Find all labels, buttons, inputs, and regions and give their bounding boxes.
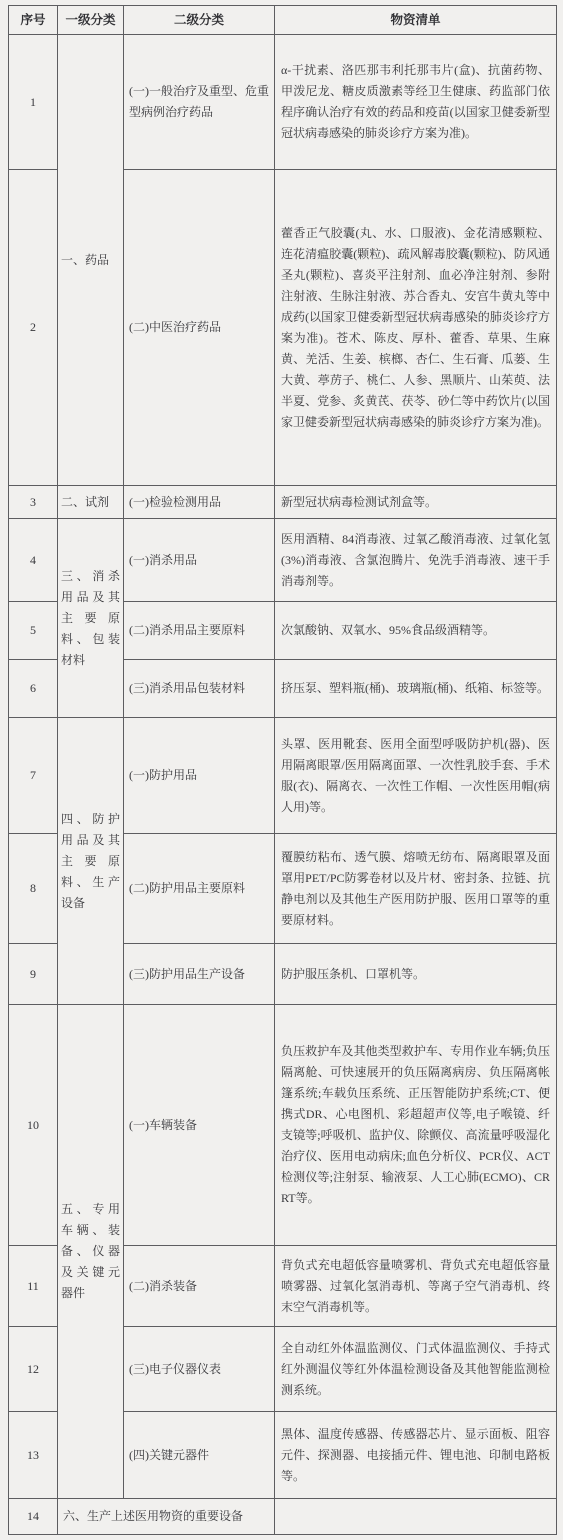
level2-category-cell: (一)检验检测用品: [124, 486, 275, 519]
serial-cell: 14: [9, 1499, 58, 1535]
serial-cell: 5: [9, 602, 58, 660]
serial-cell: 6: [9, 660, 58, 718]
document-page: 序号 一级分类 二级分类 物资清单 1 一、药品 (一)一般治疗及重型、危重型病…: [0, 0, 563, 1540]
serial-cell: 2: [9, 170, 58, 486]
materials-list-cell: 次氯酸钠、双氧水、95%食品级酒精等。: [275, 602, 557, 660]
materials-list-cell: 挤压泵、塑料瓶(桶)、玻璃瓶(桶)、纸箱、标签等。: [275, 660, 557, 718]
header-category-level1: 一级分类: [58, 6, 124, 35]
level1-category-cell: 三、消杀用品及其主要原料、包装材料: [58, 519, 124, 718]
level1-category-cell: 一、药品: [58, 35, 124, 486]
level2-category-cell: (四)关键元器件: [124, 1412, 275, 1499]
header-serial: 序号: [9, 6, 58, 35]
level2-category-cell: (三)防护用品生产设备: [124, 944, 275, 1005]
materials-list-cell: [275, 1499, 557, 1535]
serial-cell: 12: [9, 1327, 58, 1412]
level1-category-cell: 五、专用车辆、装备、仪器及关键元器件: [58, 1005, 124, 1499]
level2-category-cell: (二)消杀装备: [124, 1246, 275, 1327]
materials-list-cell: 负压救护车及其他类型救护车、专用作业车辆;负压隔离舱、可快速展开的负压隔离病房、…: [275, 1005, 557, 1246]
level2-category-cell: (一)车辆装备: [124, 1005, 275, 1246]
serial-cell: 9: [9, 944, 58, 1005]
serial-cell: 1: [9, 35, 58, 170]
serial-cell: 11: [9, 1246, 58, 1327]
level2-category-cell: (三)消杀用品包装材料: [124, 660, 275, 718]
serial-cell: 4: [9, 519, 58, 602]
level2-category-cell: (一)消杀用品: [124, 519, 275, 602]
materials-list-cell: 黑体、温度传感器、传感器芯片、显示面板、阻容元件、探测器、电接插元件、锂电池、印…: [275, 1412, 557, 1499]
materials-table: 序号 一级分类 二级分类 物资清单 1 一、药品 (一)一般治疗及重型、危重型病…: [8, 5, 557, 1535]
table-row: 10 五、专用车辆、装备、仪器及关键元器件 (一)车辆装备 负压救护车及其他类型…: [9, 1005, 557, 1246]
level1-category-cell: 四、防护用品及其主要原料、生产设备: [58, 718, 124, 1005]
serial-cell: 13: [9, 1412, 58, 1499]
level2-category-cell: (一)一般治疗及重型、危重型病例治疗药品: [124, 35, 275, 170]
serial-cell: 10: [9, 1005, 58, 1246]
materials-list-cell: α-干扰素、洛匹那韦利托那韦片(盒)、抗菌药物、甲泼尼龙、糖皮质激素等经卫生健康…: [275, 35, 557, 170]
level2-category-cell: (二)防护用品主要原料: [124, 834, 275, 944]
level2-category-cell: (一)防护用品: [124, 718, 275, 834]
table-row: 1 一、药品 (一)一般治疗及重型、危重型病例治疗药品 α-干扰素、洛匹那韦利托…: [9, 35, 557, 170]
header-category-level2: 二级分类: [124, 6, 275, 35]
materials-list-cell: 藿香正气胶囊(丸、水、口服液)、金花清感颗粒、连花清瘟胶囊(颗粒)、疏风解毒胶囊…: [275, 170, 557, 486]
materials-list-cell: 医用酒精、84消毒液、过氧乙酸消毒液、过氧化氢(3%)消毒液、含氯泡腾片、免洗手…: [275, 519, 557, 602]
header-materials-list: 物资清单: [275, 6, 557, 35]
materials-list-cell: 背负式充电超低容量喷雾机、背负式充电超低容量喷雾器、过氧化氢消毒机、等离子空气消…: [275, 1246, 557, 1327]
materials-list-cell: 新型冠状病毒检测试剂盒等。: [275, 486, 557, 519]
table-row: 4 三、消杀用品及其主要原料、包装材料 (一)消杀用品 医用酒精、84消毒液、过…: [9, 519, 557, 602]
materials-list-cell: 防护服压条机、口罩机等。: [275, 944, 557, 1005]
header-row: 序号 一级分类 二级分类 物资清单: [9, 6, 557, 35]
materials-list-cell: 覆膜纺粘布、透气膜、熔喷无纺布、隔离眼罩及面罩用PET/PC防雾卷材以及片材、密…: [275, 834, 557, 944]
level1-category-cell: 二、试剂: [58, 486, 124, 519]
level2-category-cell: (二)中医治疗药品: [124, 170, 275, 486]
level2-category-cell: (三)电子仪器仪表: [124, 1327, 275, 1412]
serial-cell: 7: [9, 718, 58, 834]
table-row: 14 六、生产上述医用物资的重要设备: [9, 1499, 557, 1535]
table-row: 3 二、试剂 (一)检验检测用品 新型冠状病毒检测试剂盒等。: [9, 486, 557, 519]
level1-category-cell: 六、生产上述医用物资的重要设备: [58, 1499, 275, 1535]
serial-cell: 3: [9, 486, 58, 519]
table-row: 7 四、防护用品及其主要原料、生产设备 (一)防护用品 头罩、医用靴套、医用全面…: [9, 718, 557, 834]
materials-list-cell: 全自动红外体温监测仪、门式体温监测仪、手持式红外测温仪等红外体温检测设备及其他智…: [275, 1327, 557, 1412]
level2-category-cell: (二)消杀用品主要原料: [124, 602, 275, 660]
serial-cell: 8: [9, 834, 58, 944]
materials-list-cell: 头罩、医用靴套、医用全面型呼吸防护机(器)、医用隔离眼罩/医用隔离面罩、一次性乳…: [275, 718, 557, 834]
